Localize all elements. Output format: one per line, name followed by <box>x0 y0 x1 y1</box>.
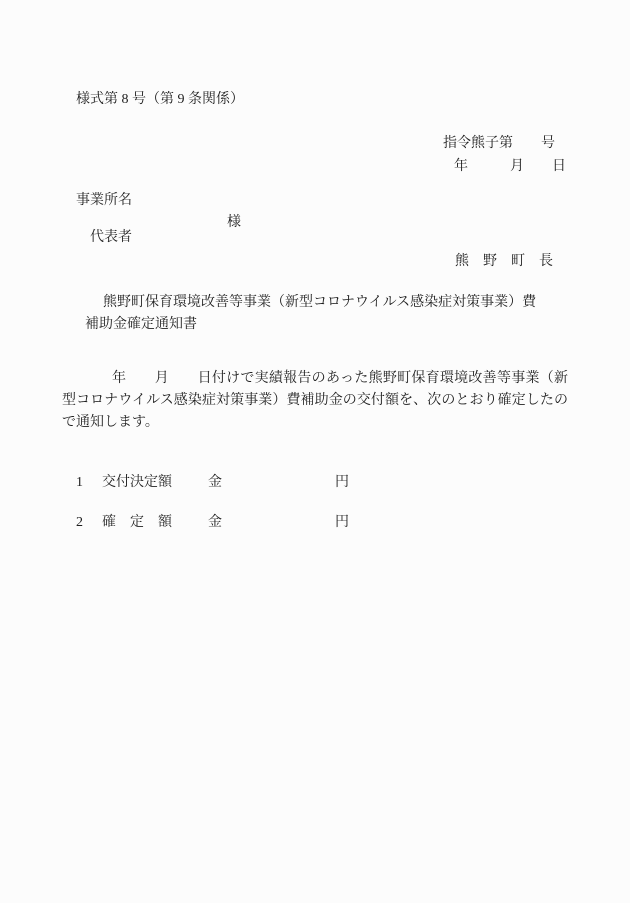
item-label: 交付決定額 <box>102 475 172 491</box>
document-page: 様式第 8 号（第 9 条関係） 指令熊子第 号 年 月 日 事業所名 代表者 … <box>0 0 630 903</box>
date-line: 年 月 日 <box>454 159 566 174</box>
currency-suffix: 円 <box>335 475 349 491</box>
honorific-sama: 様 <box>227 215 241 230</box>
representative-label: 代表者 <box>90 230 132 245</box>
form-number: 様式第 8 号（第 9 条関係） <box>76 92 244 107</box>
document-number: 指令熊子第 号 <box>443 136 555 151</box>
currency-suffix: 円 <box>335 515 349 531</box>
business-name-label: 事業所名 <box>76 193 132 208</box>
item-number: 1 <box>76 475 83 491</box>
item-row-grant-decision: 1 交付決定額 金 円 <box>0 475 630 493</box>
representative-row: 代表者 様 <box>76 215 316 275</box>
item-number: 2 <box>76 515 83 531</box>
body-paragraph: 年 月 日付けで実績報告のあった熊野町保育環境改善等事業（新型コロナウイルス感染… <box>62 368 568 434</box>
item-label: 確 定 額 <box>102 515 172 531</box>
document-title: 熊野町保育環境改善等事業（新型コロナウイルス感染症対策事業）費補助金確定通知書 <box>85 292 547 336</box>
currency-prefix: 金 <box>208 515 222 531</box>
sender-mayor: 熊 野 町 長 <box>455 254 553 269</box>
currency-prefix: 金 <box>208 475 222 491</box>
item-row-confirmed-amount: 2 確 定 額 金 円 <box>0 515 630 533</box>
